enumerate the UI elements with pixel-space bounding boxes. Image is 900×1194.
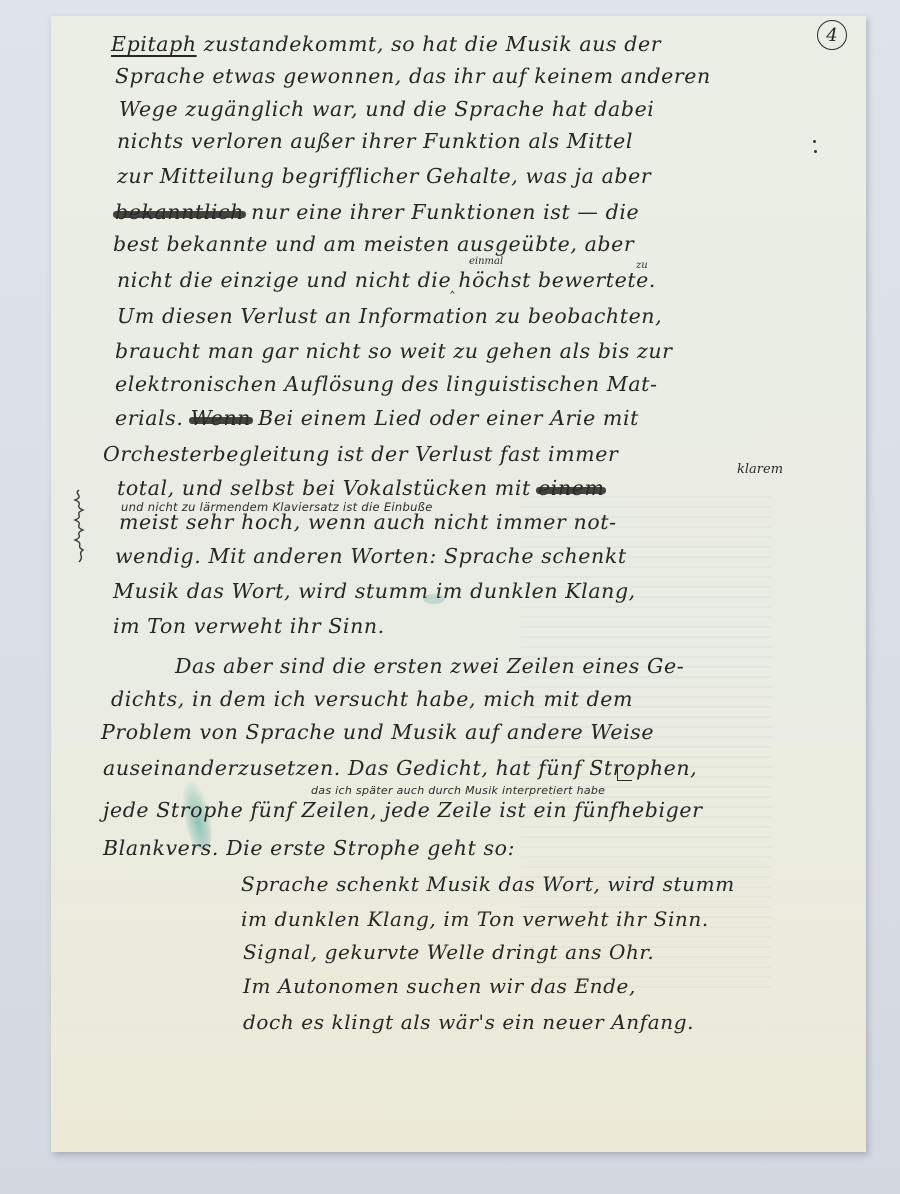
manuscript-line-14: total, und selbst bei Vokalstücken mit e…: [117, 478, 604, 499]
manuscript-line-16: wendig. Mit anderen Worten: Sprache sche…: [115, 546, 627, 567]
manuscript-line-3: Wege zugänglich war, und die Sprache hat…: [119, 99, 654, 120]
interline-insertion-gedicht: das ich später auch durch Musik interpre…: [311, 784, 605, 797]
manuscript-line-10: braucht man gar nicht so weit zu gehen a…: [115, 341, 673, 362]
insertion-mark: [617, 768, 632, 781]
margin-dot: [813, 140, 816, 143]
ink-stain: [423, 594, 445, 604]
manuscript-line-17: Musik das Wort, wird stumm im dunklen Kl…: [113, 581, 636, 602]
manuscript-line-23: jede Strophe fünf Zeilen, jede Zeile ist…: [103, 800, 703, 821]
poem-line-2: im dunklen Klang, im Ton verweht ihr Sin…: [241, 909, 709, 929]
manuscript-line-5: zur Mitteilung begrifflicher Gehalte, wa…: [117, 166, 651, 187]
underlined-word: Epitaph: [111, 32, 197, 56]
manuscript-line-20: dichts, in dem ich versucht habe, mich m…: [111, 689, 633, 710]
manuscript-line-2: Sprache etwas gewonnen, das ihr auf kein…: [115, 66, 711, 87]
manuscript-line-11: elektronischen Auflösung des linguistisc…: [115, 374, 658, 395]
manuscript-line-19: Das aber sind die ersten zwei Zeilen ein…: [175, 656, 684, 677]
manuscript-line-15: meist sehr hoch, wenn auch nicht immer n…: [119, 512, 617, 533]
manuscript-line-12: erials. Wenn Bei einem Lied oder einer A…: [115, 408, 639, 429]
insertion-einmal: einmal: [469, 256, 503, 267]
manuscript-line-6: bekanntlich nur eine ihrer Funktionen is…: [115, 202, 639, 223]
manuscript-line-24: Blankvers. Die erste Strophe geht so:: [103, 838, 515, 859]
manuscript-line-18: im Ton verweht ihr Sinn.: [113, 616, 385, 637]
poem-line-5: doch es klingt als wär's ein neuer Anfan…: [243, 1012, 694, 1032]
manuscript-line-1: Epitaph zustandekommt, so hat die Musik …: [111, 34, 661, 55]
manuscript-line-22: auseinanderzusetzen. Das Gedicht, hat fü…: [103, 758, 697, 779]
page-number-circle: 4: [817, 20, 847, 50]
struck-word: Wenn: [191, 408, 251, 429]
margin-dot: [814, 150, 817, 153]
manuscript-line-21: Problem von Sprache und Musik auf andere…: [101, 722, 654, 743]
manuscript-page: 4 Epitaph zustandekommt, so hat die Musi…: [51, 16, 866, 1152]
struck-word: einem: [538, 478, 604, 499]
poem-line-4: Im Autonomen suchen wir das Ende,: [243, 976, 636, 996]
struck-word: bekanntlich: [115, 202, 244, 223]
poem-line-3: Signal, gekurvte Welle dringt ans Ohr.: [243, 942, 654, 962]
poem-line-1: Sprache schenkt Musik das Wort, wird stu…: [241, 874, 735, 894]
manuscript-line-9: Um diesen Verlust an Information zu beob…: [117, 306, 662, 327]
page-number: 4: [826, 25, 837, 46]
insertion-klarem: klarem: [737, 462, 783, 477]
manuscript-line-7: best bekannte und am meisten ausgeübte, …: [113, 234, 634, 255]
manuscript-line-13: Orchesterbegleitung ist der Verlust fast…: [103, 444, 618, 465]
margin-scribble-icon: [69, 488, 89, 568]
insertion-caret: ‸: [450, 278, 455, 294]
manuscript-line-4: nichts verloren außer ihrer Funktion als…: [117, 131, 633, 152]
manuscript-line-8: nicht die einzige und nicht die höchst b…: [117, 270, 656, 291]
